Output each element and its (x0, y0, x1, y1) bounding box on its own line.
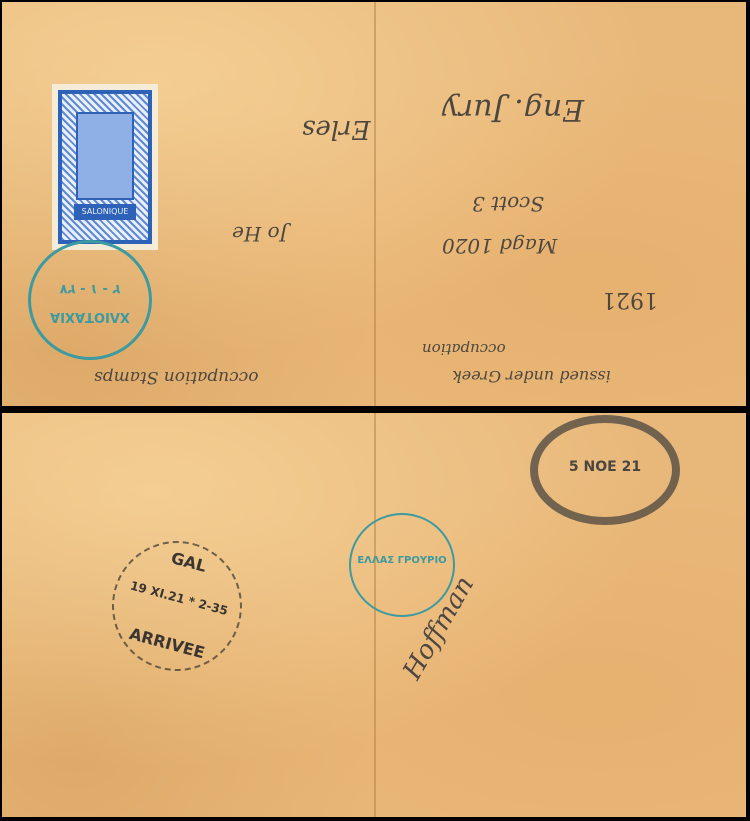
stamp-overprint: SALONIQUE (74, 204, 136, 220)
stamp-vignette (76, 112, 134, 200)
note-scott: Scott 3 (472, 192, 544, 216)
fold-line (374, 2, 376, 406)
note-occupation-stamps: occupation Stamps (94, 367, 258, 387)
envelope-front: SALONIQUE ٢٧ - ١ - ٢ ΧΛΙΟΤΑΧΙΑ Erles Eng… (2, 2, 746, 406)
note-year-note: Magd 1020 (442, 234, 557, 258)
envelope-back: 5 NOE 21 ΕΛΛΑΣ ΓΡΟΥΡΙΟ GAL 19 XI.21 * 2-… (2, 413, 746, 817)
note-signature-mid: Eng. Jury (442, 92, 584, 127)
note-issued-line2: occupation (422, 340, 506, 358)
occupation-stamp: SALONIQUE (52, 84, 158, 250)
fold-line (374, 413, 376, 817)
postmark-round: 5 NOE 21 (530, 415, 680, 525)
note-signature-top: Erles (302, 114, 370, 144)
note-year: 1921 (602, 287, 658, 312)
postmark-left: ٢٧ - ١ - ٢ ΧΛΙΟΤΑΧΙΑ (28, 240, 152, 360)
note-initials: Jo He (232, 222, 288, 246)
postmark-arrival: GAL 19 XI.21 * 2-35 ARRIVEE (97, 526, 256, 685)
note-issued-line1: issued under Greek (452, 367, 611, 386)
